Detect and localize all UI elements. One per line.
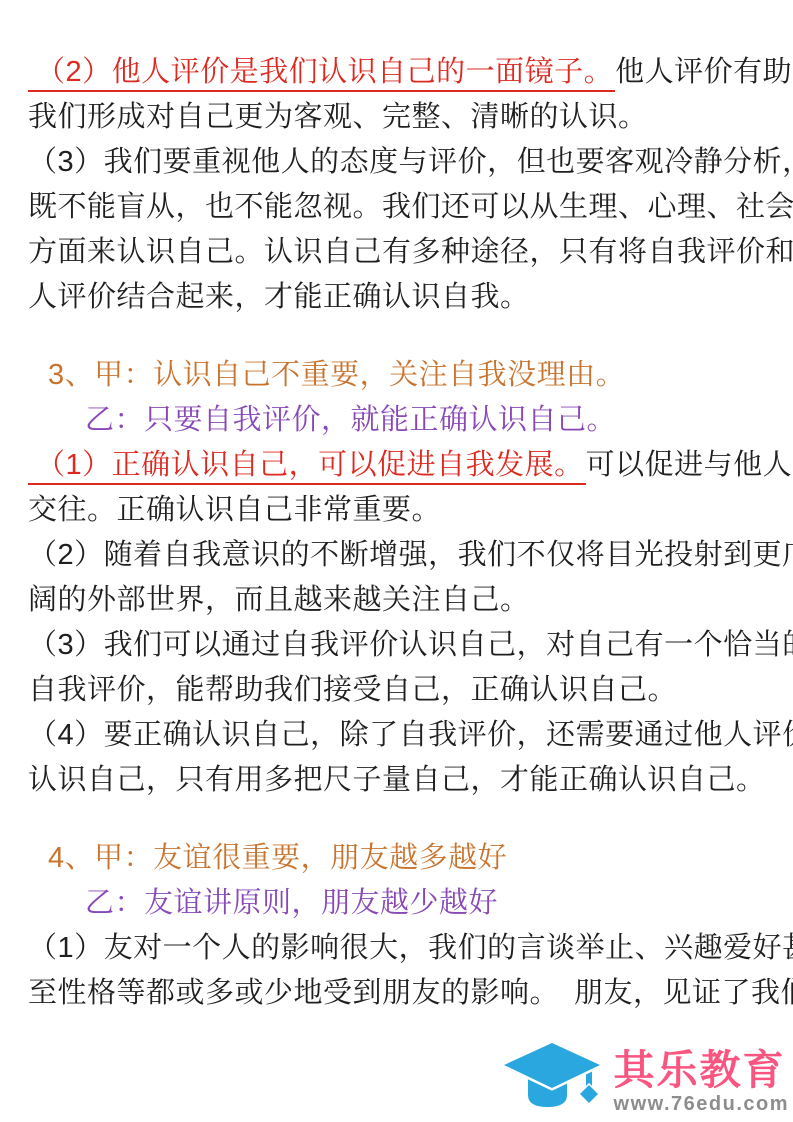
- text-line: 认识自己，只有用多把尺子量自己，才能正确认识自己。: [28, 758, 773, 803]
- dialog-question-3: 3、甲：认识自己不重要，关注自我没理由。乙：只要自我评价，就能正确认识自己。: [28, 353, 773, 443]
- text-segment-black: （1）友对一个人的影响很大，我们的言谈举止、兴趣爱好甚: [28, 932, 793, 964]
- text-segment-black: 方面来认识自己。认识自己有多种途径，只有将自我评价和他: [28, 236, 793, 268]
- logo-text-block: 其乐教育 www.76edu.com: [614, 1050, 789, 1116]
- text-line: 至性格等都或多或少地受到朋友的影响。 朋友，见证了我们: [28, 971, 773, 1016]
- document-body: （2）他人评价是我们认识自己的一面镜子。他人评价有助于我们形成对自己更为客观、完…: [28, 50, 773, 1016]
- text-segment-black: 可以促进与他人的: [586, 449, 793, 481]
- text-segment-orange: 3、甲：认识自己不重要，关注自我没理由。: [48, 359, 625, 391]
- text-segment-black: 交往。正确认识自己非常重要。: [28, 494, 441, 526]
- text-segment-black: 至性格等都或多或少地受到朋友的影响。 朋友，见证了我们: [28, 977, 793, 1009]
- text-segment-black: 我们形成对自己更为客观、完整、清晰的认识。: [28, 101, 648, 133]
- answer-question-4: （1）友对一个人的影响很大，我们的言谈举止、兴趣爱好甚至性格等都或多或少地受到朋…: [28, 926, 773, 1016]
- text-line: （3）我们可以通过自我评价认识自己，对自己有一个恰当的: [28, 623, 773, 668]
- text-line: （4）要正确认识自己，除了自我评价，还需要通过他人评价: [28, 713, 773, 758]
- answer-question-3: （1）正确认识自己，可以促进自我发展。可以促进与他人的交往。正确认识自己非常重要…: [28, 443, 773, 803]
- text-line: （3）我们要重视他人的态度与评价，但也要客观冷静分析，: [28, 140, 773, 185]
- text-line: （1）友对一个人的影响很大，我们的言谈举止、兴趣爱好甚: [28, 926, 773, 971]
- text-segment-orange: 4、甲：友谊很重要，朋友越多越好: [48, 842, 507, 874]
- dialog-question-4: 4、甲：友谊很重要，朋友越多越好乙：友谊讲原则，朋友越少越好: [28, 836, 773, 926]
- text-line: 交往。正确认识自己非常重要。: [28, 488, 773, 533]
- text-segment-black: 阔的外部世界，而且越来越关注自己。: [28, 584, 530, 616]
- text-segment-purple: 乙：友谊讲原则，朋友越少越好: [85, 887, 498, 919]
- text-line: 乙：友谊讲原则，朋友越少越好: [28, 881, 773, 926]
- text-segment-black: 他人评价有助于: [615, 56, 793, 88]
- text-segment-red-underline: （1）正确认识自己，可以促进自我发展。: [28, 449, 586, 485]
- text-segment-black: （3）我们可以通过自我评价认识自己，对自己有一个恰当的: [28, 629, 793, 661]
- text-line: 方面来认识自己。认识自己有多种途径，只有将自我评价和他: [28, 230, 773, 275]
- text-segment-purple: 乙：只要自我评价，就能正确认识自己。: [85, 404, 616, 436]
- text-line: 自我评价，能帮助我们接受自己，正确认识自己。: [28, 668, 773, 713]
- answer-point-2-3: （2）他人评价是我们认识自己的一面镜子。他人评价有助于我们形成对自己更为客观、完…: [28, 50, 773, 320]
- text-line: 乙：只要自我评价，就能正确认识自己。: [28, 398, 773, 443]
- text-segment-red-underline: （2）他人评价是我们认识自己的一面镜子。: [28, 56, 615, 92]
- text-segment-black: 认识自己，只有用多把尺子量自己，才能正确认识自己。: [28, 764, 766, 796]
- text-line: 3、甲：认识自己不重要，关注自我没理由。: [28, 353, 773, 398]
- text-line: （2）随着自我意识的不断增强，我们不仅将目光投射到更广: [28, 533, 773, 578]
- text-segment-black: （2）随着自我意识的不断增强，我们不仅将目光投射到更广: [28, 539, 793, 571]
- text-line: 我们形成对自己更为客观、完整、清晰的认识。: [28, 95, 773, 140]
- footer-logo: 其乐教育 www.76edu.com: [502, 1036, 789, 1116]
- text-segment-black: 自我评价，能帮助我们接受自己，正确认识自己。: [28, 674, 677, 706]
- text-segment-black: （4）要正确认识自己，除了自我评价，还需要通过他人评价: [28, 719, 793, 751]
- text-line: 既不能盲从，也不能忽视。我们还可以从生理、心理、社会等: [28, 185, 773, 230]
- text-segment-black: （3）我们要重视他人的态度与评价，但也要客观冷静分析，: [28, 146, 793, 178]
- text-line: 阔的外部世界，而且越来越关注自己。: [28, 578, 773, 623]
- text-line: 人评价结合起来，才能正确认识自我。: [28, 275, 773, 320]
- text-segment-black: 既不能盲从，也不能忽视。我们还可以从生理、心理、社会等: [28, 191, 793, 223]
- text-line: 4、甲：友谊很重要，朋友越多越好: [28, 836, 773, 881]
- text-line: （1）正确认识自己，可以促进自我发展。可以促进与他人的: [28, 443, 773, 488]
- text-line: （2）他人评价是我们认识自己的一面镜子。他人评价有助于: [28, 50, 773, 95]
- text-segment-black: 人评价结合起来，才能正确认识自我。: [28, 281, 530, 313]
- brand-name: 其乐教育: [614, 1050, 786, 1091]
- graduation-cap-icon: [502, 1036, 604, 1116]
- brand-url: www.76edu.com: [614, 1094, 789, 1114]
